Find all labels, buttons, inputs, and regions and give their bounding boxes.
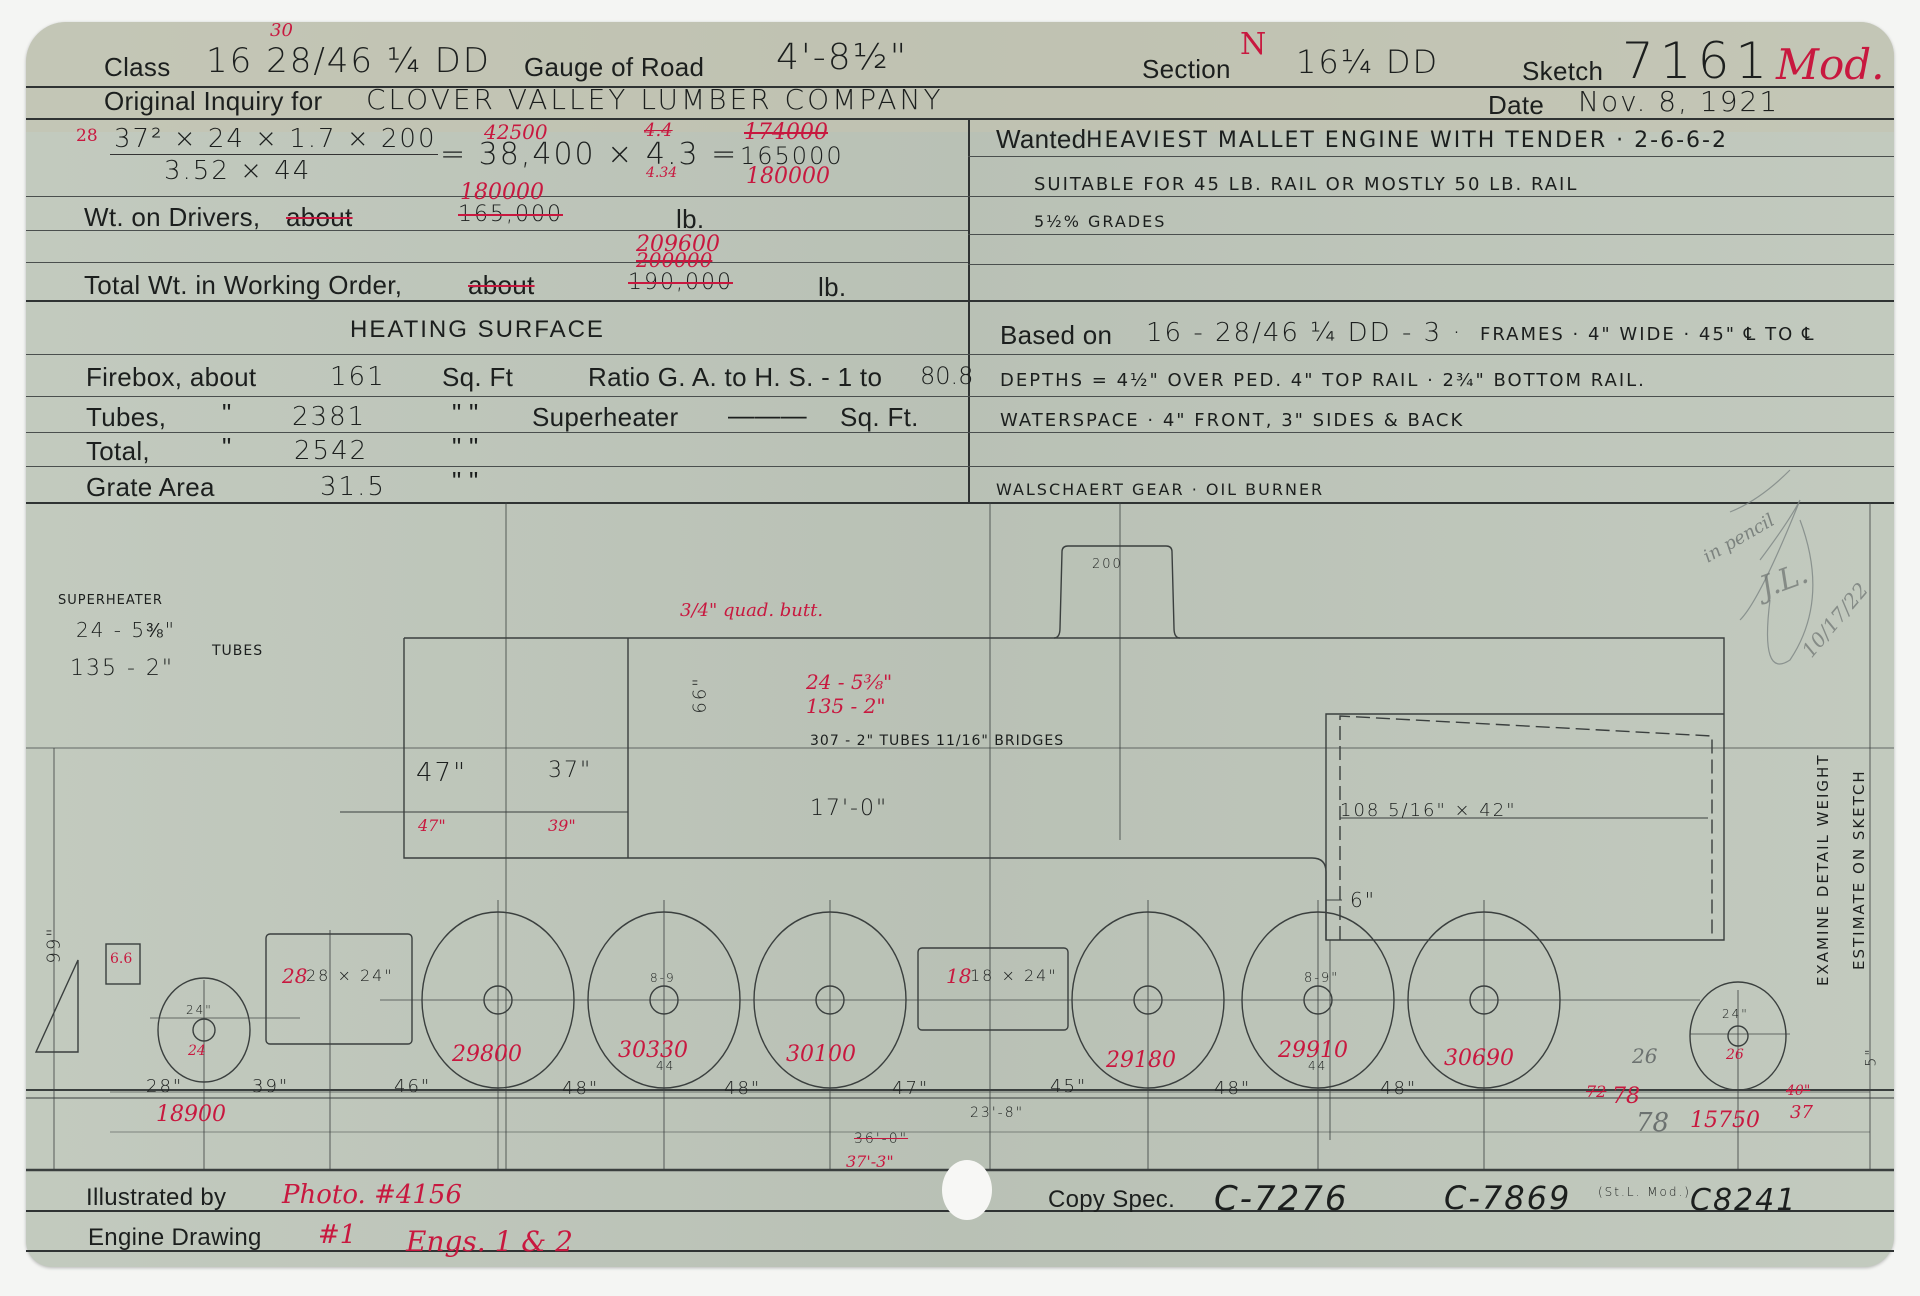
rear-spacing-red: 78 xyxy=(1612,1086,1640,1108)
illustrated-value: Photo. #4156 xyxy=(282,1182,462,1208)
cyl-rear-red: 39" xyxy=(548,818,576,834)
wheel-load-6: 30690 xyxy=(1444,1048,1514,1070)
superheater-note-line-2: 135 - 2" xyxy=(70,658,174,680)
six-inch-dim: 6" xyxy=(1350,890,1376,910)
engines-value: Engs. 1 & 2 xyxy=(406,1228,573,1256)
trail-truck-red: 26 xyxy=(1726,1048,1744,1062)
rule xyxy=(26,1250,1894,1252)
copy-spec-2: C-7869 xyxy=(1444,1182,1571,1214)
cyl-front-red: 47" xyxy=(418,818,446,834)
copy-spec-note: (St.L. Mod.) xyxy=(1598,1186,1691,1198)
rear-cyl-label: 18 × 24" xyxy=(970,968,1058,984)
end-spacing-struck: 40" xyxy=(1786,1084,1810,1098)
trail-truck-dia: 24" xyxy=(1722,1008,1749,1020)
engine-drawing-label: Engine Drawing xyxy=(88,1226,262,1250)
rear-cyl-red: 18 xyxy=(946,966,971,986)
side-note-estimate: ESTIMATE ON SKETCH xyxy=(1850,769,1868,970)
end-right-dim: 5" xyxy=(1865,1047,1879,1066)
spacing-5: 48" xyxy=(724,1080,761,1098)
total-wheelbase-struck: 36'-0" xyxy=(854,1132,908,1146)
lead-truck-red: 24 xyxy=(188,1044,206,1058)
punch-hole xyxy=(942,1160,992,1220)
tube-length: 17'-0" xyxy=(810,798,888,820)
superheater-note-line-1: 24 - 5⅜" xyxy=(76,620,176,640)
tubes-note: 307 - 2" TUBES 11/16" BRIDGES xyxy=(810,734,1064,748)
spacing-6: 47" xyxy=(892,1080,929,1098)
cyl-front-dim: 47" xyxy=(416,760,467,786)
spacing-1: 28" xyxy=(146,1078,183,1096)
wheel-load-2: 30330 xyxy=(618,1040,688,1062)
total-wheelbase-red: 37'-3" xyxy=(846,1154,894,1170)
dome-label: 200 xyxy=(1092,558,1123,571)
spacing-2: 39" xyxy=(252,1078,289,1096)
height-label: 99" xyxy=(46,926,64,963)
red-tubes-line-1: 24 - 5⅜" xyxy=(806,672,892,692)
copy-spec-3: C8241 xyxy=(1690,1186,1797,1216)
superheater-note-title: SUPERHEATER xyxy=(58,594,163,607)
copy-spec-label: Copy Spec. xyxy=(1048,1188,1175,1212)
trail-truck-load: 15750 xyxy=(1690,1110,1760,1132)
red-tubes-line-2: 135 - 2" xyxy=(806,696,886,716)
quad-butt-note: 3/4" quad. butt. xyxy=(680,602,823,620)
rigid-wheelbase: 23'-8" xyxy=(970,1106,1024,1120)
driver-dia-front: 8-9 xyxy=(650,972,676,984)
wheel-load-1: 29800 xyxy=(452,1044,522,1066)
side-note-examine: EXAMINE DETAIL WEIGHT xyxy=(1814,754,1832,986)
superheater-note-tubes: TUBES xyxy=(212,644,263,658)
wheel-load-3: 30100 xyxy=(786,1044,856,1066)
front-cyl-label: 28 × 24" xyxy=(306,968,394,984)
spacing-4: 48" xyxy=(562,1080,599,1098)
rear-spacing-struck: 72 xyxy=(1586,1084,1606,1100)
wheel-load-5: 29910 xyxy=(1278,1040,1348,1062)
boiler-diameter: 66" xyxy=(692,676,710,713)
cyl-rear-dim: 37" xyxy=(548,760,592,782)
lead-truck-dia: 24" xyxy=(186,1004,213,1016)
spacing-3: 46" xyxy=(394,1078,431,1096)
pilot-red: 6.6 xyxy=(110,952,132,966)
wheel-load-4: 29180 xyxy=(1106,1050,1176,1072)
spacing-8: 48" xyxy=(1214,1080,1251,1098)
copy-spec-1: C-7276 xyxy=(1214,1182,1349,1216)
spacing-9: 48" xyxy=(1380,1080,1417,1098)
rear-spacing-pencil: 78 xyxy=(1636,1110,1669,1136)
engine-drawing-value: #1 xyxy=(318,1222,356,1248)
trail-pencil-note: 26 xyxy=(1632,1046,1657,1066)
end-spacing-red: 37 xyxy=(1790,1104,1813,1122)
firebox-dims: 108 5/16" × 42" xyxy=(1340,802,1517,820)
front-cyl-red: 28 xyxy=(282,966,307,986)
illustrated-label: Illustrated by xyxy=(86,1186,226,1210)
spacing-7: 45" xyxy=(1050,1078,1087,1096)
lead-truck-load: 18900 xyxy=(156,1104,226,1126)
driver-dia-rear: 8-9" xyxy=(1304,972,1339,985)
